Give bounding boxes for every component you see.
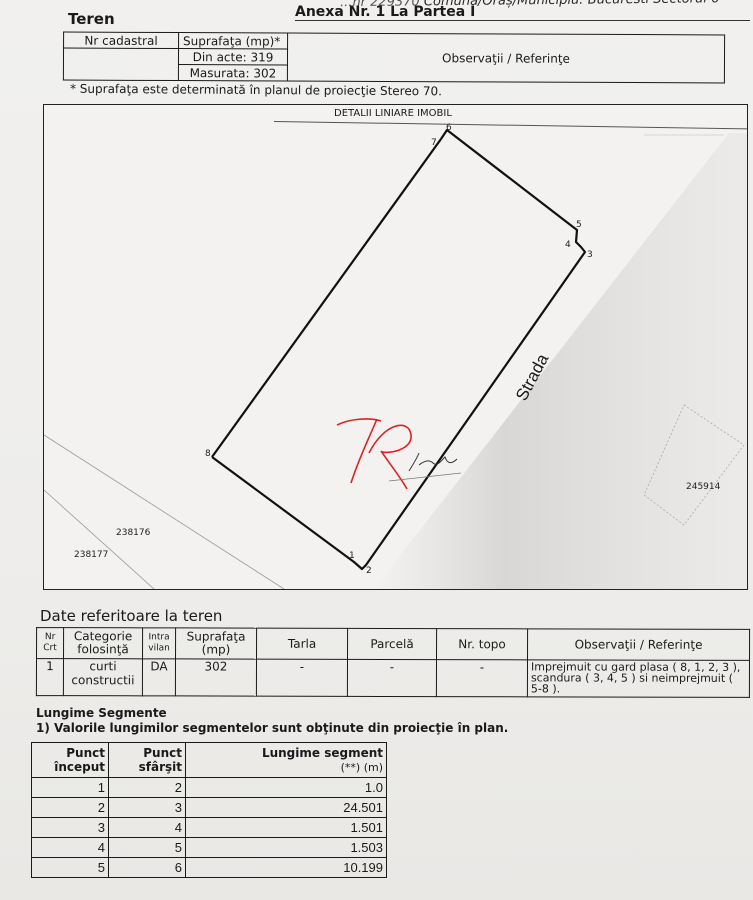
point-label-3: 3: [587, 250, 593, 260]
header-nr-crt-line1: Nr: [45, 632, 55, 642]
point-label-4: 4: [565, 240, 571, 250]
suprafata-din-acte: Din acte: 319: [178, 49, 287, 65]
table-row: 1 curticonstructii DA 302 - - - Imprejmu…: [36, 659, 749, 698]
header-rule: [295, 20, 750, 21]
header-end-line2: sfârşit: [139, 760, 182, 774]
cell-end: 2: [109, 778, 186, 798]
lungime-note: 1) Valorile lungimilor segmentelor sunt …: [36, 721, 508, 735]
cell-start: 3: [32, 818, 109, 838]
cell-intravilan: DA: [142, 659, 175, 696]
projection-footnote: * Suprafaţa este determinată în planul d…: [70, 82, 442, 99]
point-label-8: 8: [205, 449, 211, 459]
table-row: 451.503: [32, 838, 387, 858]
cell-categorie-line1: curti: [89, 659, 116, 673]
cell-observatii: Imprejmuit cu gard plasa ( 8, 1, 2, 3 ),…: [527, 660, 749, 698]
cell-start: 5: [32, 858, 109, 878]
table-row: 5610.199: [32, 858, 387, 878]
col-observatii-label: Observaţii / Referinţe: [442, 51, 570, 66]
header-length-unit: (**) (m): [341, 761, 383, 774]
neighbor-parcel-outline: [644, 405, 744, 525]
cell-end: 3: [109, 798, 186, 818]
plot-drawing: DETALII LINIARE IMOBIL 1 2 3 4: [43, 104, 748, 590]
parcel-outline: 1 2 3 4 5 6 7 8 238176 238177 245914: [44, 105, 747, 589]
point-label-6: 6: [446, 123, 452, 133]
neighbor-boundary-line: [44, 435, 284, 589]
cell-length: 1.503: [186, 838, 387, 858]
header-parcela: Parcelă: [348, 628, 437, 659]
header-observatii: Observaţii / Referinţe: [528, 629, 750, 661]
cell-length: 1.501: [186, 818, 387, 838]
date-teren-table: NrCrt Categoriefolosinţă Intravilan Supr…: [36, 627, 750, 698]
nr-cadastral-value: [63, 48, 178, 81]
header-start-line1: Punct: [66, 746, 105, 760]
cell-start: 4: [32, 838, 109, 858]
header-lungime-segment: Lungime segment(**) (m): [186, 743, 387, 778]
segment-header-row: Punctînceput Punctsfârşit Lungime segmen…: [32, 743, 387, 778]
header-suprafata-line1: Suprafaţa: [187, 629, 246, 643]
cell-length: 1.0: [186, 778, 387, 798]
segment-rows: 121.02324.501341.501451.5035610.199: [32, 778, 387, 878]
header-intravilan: Intravilan: [143, 628, 176, 659]
point-label-7: 7: [431, 138, 437, 148]
watermark-seven-stroke: [337, 419, 381, 483]
col-nr-cadastral: Nr cadastral: [64, 32, 179, 49]
table-row: 341.501: [32, 818, 387, 838]
parcel-boundary: [212, 130, 585, 569]
date-teren-header-row: NrCrt Categoriefolosinţă Intravilan Supr…: [37, 628, 750, 661]
table-row: 2324.501: [32, 798, 387, 818]
table-row: 121.0: [32, 778, 387, 798]
lungime-section-title: Lungime Segmente: [36, 706, 167, 720]
neighbor-parcel-id: 245914: [686, 482, 721, 492]
cell-end: 6: [109, 858, 186, 878]
document-page: ...nr 229370 Comuna/Oraș/Municipiu: Bucu…: [0, 0, 753, 900]
header-length-line1: Lungime segment: [262, 746, 383, 760]
header-nr-topo: Nr. topo: [437, 629, 528, 660]
watermark-studio-script: [409, 453, 457, 471]
cell-end: 4: [109, 818, 186, 838]
cell-parcela: -: [347, 659, 436, 696]
cell-nr-crt: 1: [36, 659, 63, 696]
cell-suprafata: 302: [175, 659, 256, 696]
teren-table: Nr cadastral Suprafaţa (mp)* Observaţii …: [63, 32, 725, 84]
neighbor-parcel-id: 238176: [116, 528, 151, 538]
header-end-line1: Punct: [143, 746, 182, 760]
cell-length: 24.501: [186, 798, 387, 818]
cell-nr-topo: -: [436, 660, 527, 697]
segment-lengths-table: Punctînceput Punctsfârşit Lungime segmen…: [31, 742, 387, 878]
header-punct-sfarsit: Punctsfârşit: [109, 743, 186, 778]
header-categorie-line2: folosinţă: [77, 642, 129, 656]
header-intravilan-line1: Intra: [148, 632, 169, 642]
point-label-1: 1: [349, 551, 355, 561]
col-observatii: Observaţii / Referinţe: [287, 33, 724, 83]
cell-tarla: -: [256, 659, 347, 696]
date-teren-title: Date referitoare la teren: [40, 607, 222, 625]
cell-start: 2: [32, 798, 109, 818]
neighbor-parcel-id: 238177: [74, 550, 108, 560]
point-label-5: 5: [576, 220, 582, 230]
cell-categorie: curticonstructii: [63, 659, 142, 696]
header-categorie: Categoriefolosinţă: [64, 628, 143, 659]
studio-watermark: [329, 413, 469, 493]
cell-length: 10.199: [186, 858, 387, 878]
header-punct-inceput: Punctînceput: [32, 743, 109, 778]
header-suprafata-line2: (mp): [202, 642, 231, 656]
header-tarla: Tarla: [257, 628, 348, 659]
col-suprafata: Suprafaţa (mp)*: [179, 33, 288, 49]
cell-start: 1: [32, 778, 109, 798]
header-nr-crt: NrCrt: [37, 628, 64, 659]
teren-section-title: Teren: [68, 10, 115, 28]
cell-categorie-line2: constructii: [71, 673, 134, 687]
header-start-line2: început: [54, 760, 105, 774]
cell-end: 5: [109, 838, 186, 858]
suprafata-masurata: Masurata: 302: [178, 65, 287, 81]
header-intravilan-line2: vilan: [148, 643, 170, 653]
point-label-2: 2: [366, 566, 372, 576]
annex-title: Anexa Nr. 1 La Partea I: [295, 4, 475, 20]
neighbor-boundary-line: [44, 490, 154, 589]
header-nr-crt-line2: Crt: [43, 643, 57, 653]
header-suprafata: Suprafaţa(mp): [176, 628, 257, 659]
